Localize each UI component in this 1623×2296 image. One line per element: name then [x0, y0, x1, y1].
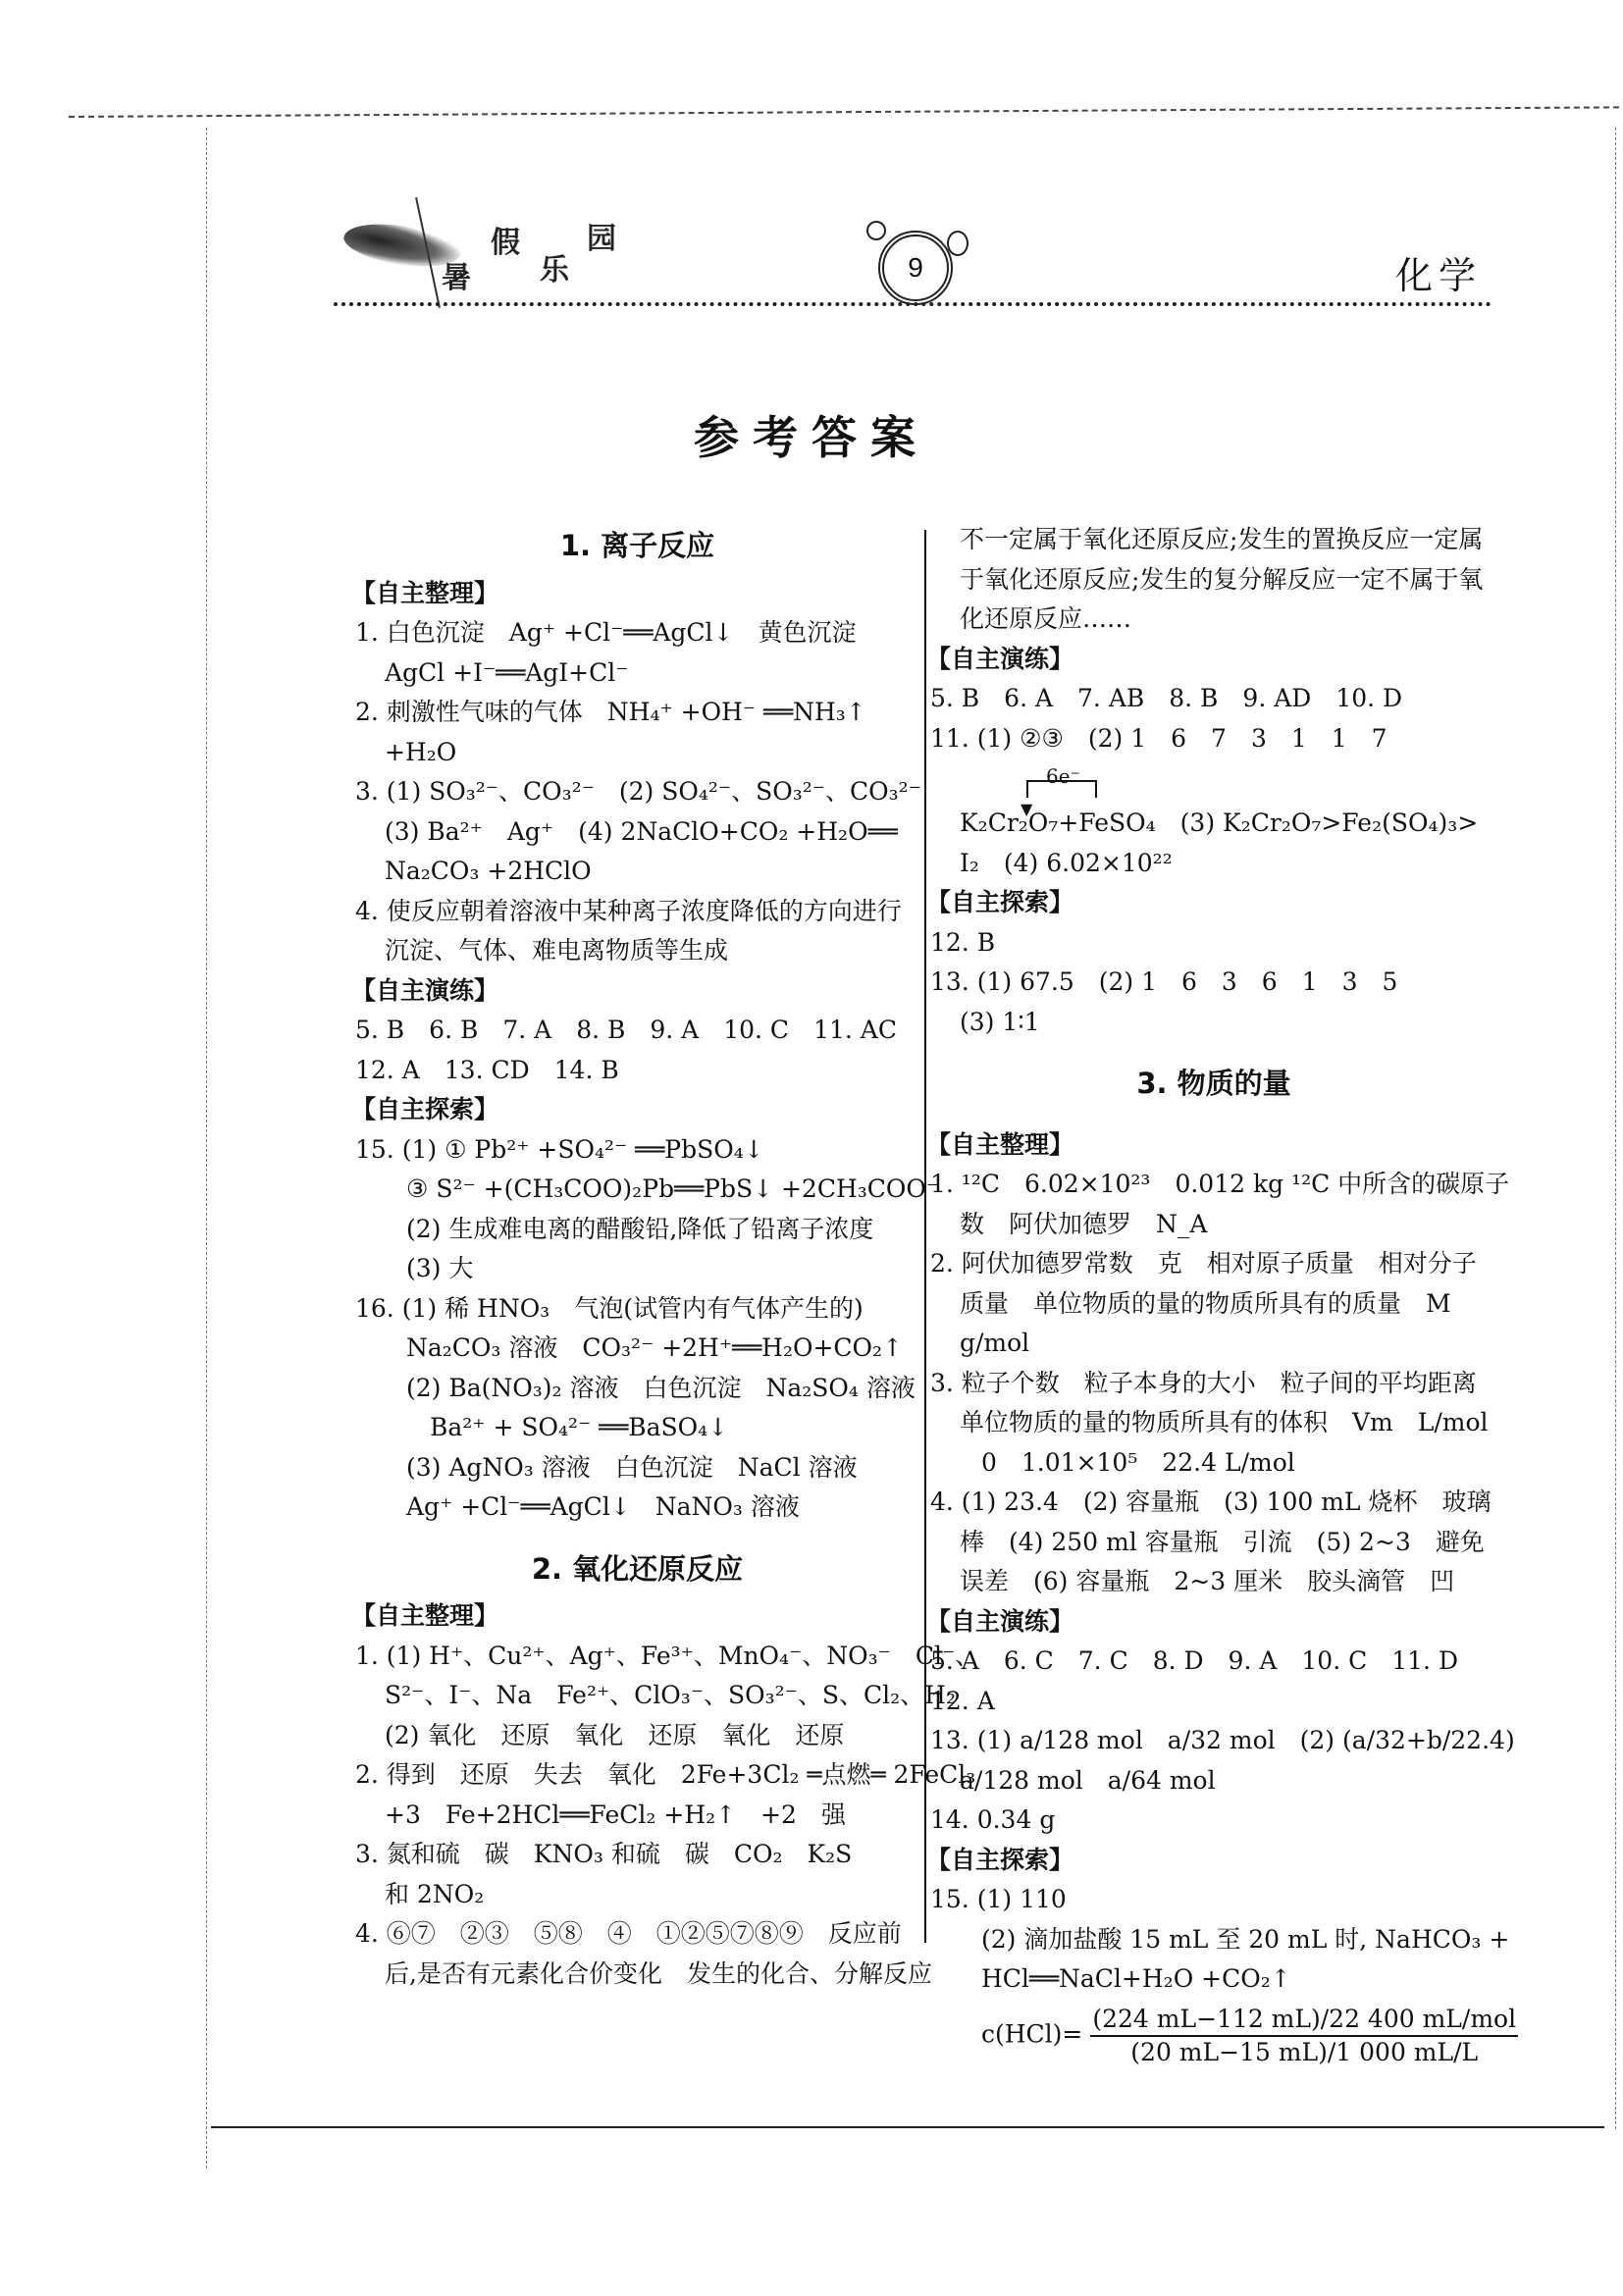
answer-line: 16. (1) 稀 HNO₃ 气泡(试管内有气体产生的)	[355, 1289, 919, 1330]
answer-line: (2) 氧化 还原 氧化 还原 氧化 还原	[355, 1716, 919, 1756]
answer-line: 15. (1) ① Pb²⁺ +SO₄²⁻ ══PbSO₄↓	[355, 1130, 919, 1171]
answer-line: +3 Fe+2HCl══FeCl₂ +H₂↑ +2 强	[355, 1796, 919, 1836]
formula-denominator: (20 mL−15 mL)/1 000 mL/L	[1090, 2037, 1518, 2068]
logo-char: 乐	[540, 245, 569, 288]
header-dotted-rule	[334, 302, 1492, 306]
answer-line: 和 2NO₂	[355, 1875, 919, 1915]
answer-line: 后,是否有元素化合价变化 发生的化合、分解反应	[355, 1955, 919, 1995]
section-tag: 【自主整理】	[926, 1125, 1497, 1166]
answer-line: (3) 1∶1	[930, 1003, 1497, 1043]
answer-line: Na₂CO₃ 溶液 CO₃²⁻ +2H⁺══H₂O+CO₂↑	[355, 1329, 919, 1369]
answer-line: S²⁻、I⁻、Na Fe²⁺、ClO₃⁻、SO₃²⁻、S、Cl₂、H₂	[355, 1676, 919, 1716]
logo-char: 园	[587, 214, 616, 257]
electron-transfer-diagram: 6e⁻ ▼	[930, 758, 1497, 804]
answer-line: Ba²⁺ + SO₄²⁻ ══BaSO₄↓	[355, 1408, 919, 1448]
answer-line: 3. 氮和硫 碳 KNO₃ 和硫 碳 CO₂ K₂S	[355, 1835, 919, 1875]
right-column: 不一定属于氧化还原反应;发生的置换反应一定属 于氧化还原反应;发生的复分解反应一…	[930, 520, 1497, 2068]
hcl-concentration-formula: c(HCl)= (224 mL−112 mL)/22 400 mL/mol (2…	[930, 2004, 1497, 2068]
answer-line: 单位物质的量的物质所具有的体积 Vm L/mol	[930, 1403, 1497, 1443]
answer-line: g/mol	[930, 1324, 1497, 1364]
answer-line: 12. B	[930, 923, 1497, 964]
page-number: 9	[908, 252, 923, 284]
answer-line: 3. (1) SO₃²⁻、CO₃²⁻ (2) SO₄²⁻、SO₃²⁻、CO₃²⁻	[355, 772, 919, 812]
answer-line: 5. A 6. C 7. C 8. D 9. A 10. C 11. D	[930, 1642, 1497, 1682]
answer-line: 4. (1) 23.4 (2) 容量瓶 (3) 100 mL 烧杯 玻璃	[930, 1483, 1497, 1523]
page-frame-top-line	[69, 106, 1619, 118]
answer-line: 12. A 13. CD 14. B	[355, 1051, 919, 1091]
answer-line: 1. (1) H⁺、Cu²⁺、Ag⁺、Fe³⁺、MnO₄⁻、NO₃⁻ Cl⁻、	[355, 1637, 919, 1677]
summer-garden-logo: 暑 假 乐 园	[334, 196, 628, 304]
answer-line: Ag⁺ +Cl⁻══AgCl↓ NaNO₃ 溶液	[355, 1487, 919, 1528]
answer-line: 2. 阿伏加德罗常数 克 相对原子质量 相对分子	[930, 1244, 1497, 1284]
answer-line: (2) 生成难电离的醋酸铅,降低了铅离子浓度	[355, 1210, 919, 1250]
answer-line: 不一定属于氧化还原反应;发生的置换反应一定属	[930, 520, 1497, 560]
answer-line: 15. (1) 110	[930, 1880, 1497, 1920]
answer-line: Na₂CO₃ +2HClO	[355, 852, 919, 892]
electron-transfer-bracket	[1026, 780, 1097, 798]
answer-line: (3) Ba²⁺ Ag⁺ (4) 2NaClO+CO₂ +H₂O══	[355, 812, 919, 853]
section-tag: 【自主整理】	[351, 1596, 919, 1637]
page-frame-bottom-line	[211, 2126, 1604, 2128]
answer-line: K₂Cr₂O₇+FeSO₄ (3) K₂Cr₂O₇>Fe₂(SO₄)₃>	[930, 804, 1497, 844]
page-number-badge: 9	[878, 231, 953, 305]
answer-line: 0 1.01×10⁵ 22.4 L/mol	[930, 1443, 1497, 1484]
answer-line: 13. (1) a/128 mol a/32 mol (2) (a/32+b/2…	[930, 1721, 1497, 1761]
answer-line: 沉淀、气体、难电离物质等生成	[355, 931, 919, 971]
answer-line: 3. 粒子个数 粒子本身的大小 粒子间的平均距离	[930, 1364, 1497, 1404]
answer-line: 4. ⑥⑦ ②③ ⑤⑧ ④ ①②⑤⑦⑧⑨ 反应前	[355, 1914, 919, 1955]
answer-line: 1. 白色沉淀 Ag⁺ +Cl⁻══AgCl↓ 黄色沉淀	[355, 613, 919, 653]
page-header: 暑 假 乐 园 9 化学	[334, 196, 1501, 314]
section-tag: 【自主演练】	[926, 1602, 1497, 1643]
column-divider	[924, 530, 926, 1943]
answer-line: 13. (1) 67.5 (2) 1 6 3 6 1 3 5	[930, 963, 1497, 1003]
section-tag: 【自主探索】	[926, 883, 1497, 923]
down-arrow-icon: ▼	[1021, 790, 1032, 830]
logo-char: 暑	[442, 253, 471, 296]
answer-line: 5. B 6. A 7. AB 8. B 9. AD 10. D	[930, 679, 1497, 719]
answer-line: 化还原反应……	[930, 600, 1497, 640]
answer-line: (3) AgNO₃ 溶液 白色沉淀 NaCl 溶液	[355, 1448, 919, 1488]
answer-line: 12. A	[930, 1682, 1497, 1722]
answer-line: ③ S²⁻ +(CH₃COO)₂Pb══PbS↓ +2CH₃COO⁻	[355, 1170, 919, 1210]
answer-line: HCl══NaCl+H₂O +CO₂↑	[930, 1959, 1497, 2000]
section-title-amount-of-substance: 3. 物质的量	[930, 1064, 1497, 1104]
answer-line: 2. 刺激性气味的气体 NH₄⁺ +OH⁻ ══NH₃↑	[355, 693, 919, 733]
answer-line: 误差 (6) 容量瓶 2~3 厘米 胶头滴管 凹	[930, 1562, 1497, 1602]
answer-line: 2. 得到 还原 失去 氧化 2Fe+3Cl₂ ═点燃═ 2FeCl₃	[355, 1755, 919, 1796]
section-tag: 【自主整理】	[351, 574, 919, 614]
section-tag: 【自主探索】	[351, 1090, 919, 1130]
answer-line: 11. (1) ②③ (2) 1 6 7 3 1 1 7	[930, 719, 1497, 759]
section-title-redox-reactions: 2. 氧化还原反应	[355, 1549, 919, 1590]
answer-line: AgCl +I⁻══AgI+Cl⁻	[355, 653, 919, 694]
answer-line: 质量 单位物质的量的物质所具有的质量 M	[930, 1284, 1497, 1325]
answer-line: 于氧化还原反应;发生的复分解反应一定不属于氧	[930, 560, 1497, 600]
answer-line: (2) 滴加盐酸 15 mL 至 20 mL 时, NaHCO₃ +	[930, 1920, 1497, 1960]
answer-line: 数 阿伏加德罗 N_A	[930, 1205, 1497, 1245]
answer-line: +H₂O	[355, 733, 919, 773]
answer-line: a/128 mol a/64 mol	[930, 1761, 1497, 1801]
subject-label: 化学	[1395, 245, 1482, 299]
answer-line: 1. ¹²C 6.02×10²³ 0.012 kg ¹²C 中所含的碳原子	[930, 1165, 1497, 1205]
left-column: 1. 离子反应 【自主整理】 1. 白色沉淀 Ag⁺ +Cl⁻══AgCl↓ 黄…	[355, 520, 919, 1994]
answer-line: I₂ (4) 6.02×10²²	[930, 844, 1497, 884]
answer-line: 棒 (4) 250 ml 容量瓶 引流 (5) 2~3 避免	[930, 1523, 1497, 1563]
formula-lhs: c(HCl)=	[981, 2019, 1082, 2048]
answer-line: 14. 0.34 g	[930, 1800, 1497, 1841]
logo-char: 假	[491, 218, 520, 261]
page-title: 参考答案	[0, 402, 1623, 467]
section-tag: 【自主探索】	[926, 1841, 1497, 1881]
section-tag: 【自主演练】	[926, 640, 1497, 680]
answer-line: (2) Ba(NO₃)₂ 溶液 白色沉淀 Na₂SO₄ 溶液	[355, 1369, 919, 1409]
section-tag: 【自主演练】	[351, 971, 919, 1012]
answer-line: 4. 使反应朝着溶液中某种离子浓度降低的方向进行	[355, 892, 919, 932]
formula-fraction: (224 mL−112 mL)/22 400 mL/mol (20 mL−15 …	[1090, 2004, 1518, 2068]
formula-numerator: (224 mL−112 mL)/22 400 mL/mol	[1090, 2004, 1518, 2037]
answer-line: 5. B 6. B 7. A 8. B 9. A 10. C 11. AC	[355, 1011, 919, 1051]
answer-line: (3) 大	[355, 1249, 919, 1289]
section-title-ionic-reactions: 1. 离子反应	[355, 526, 919, 566]
